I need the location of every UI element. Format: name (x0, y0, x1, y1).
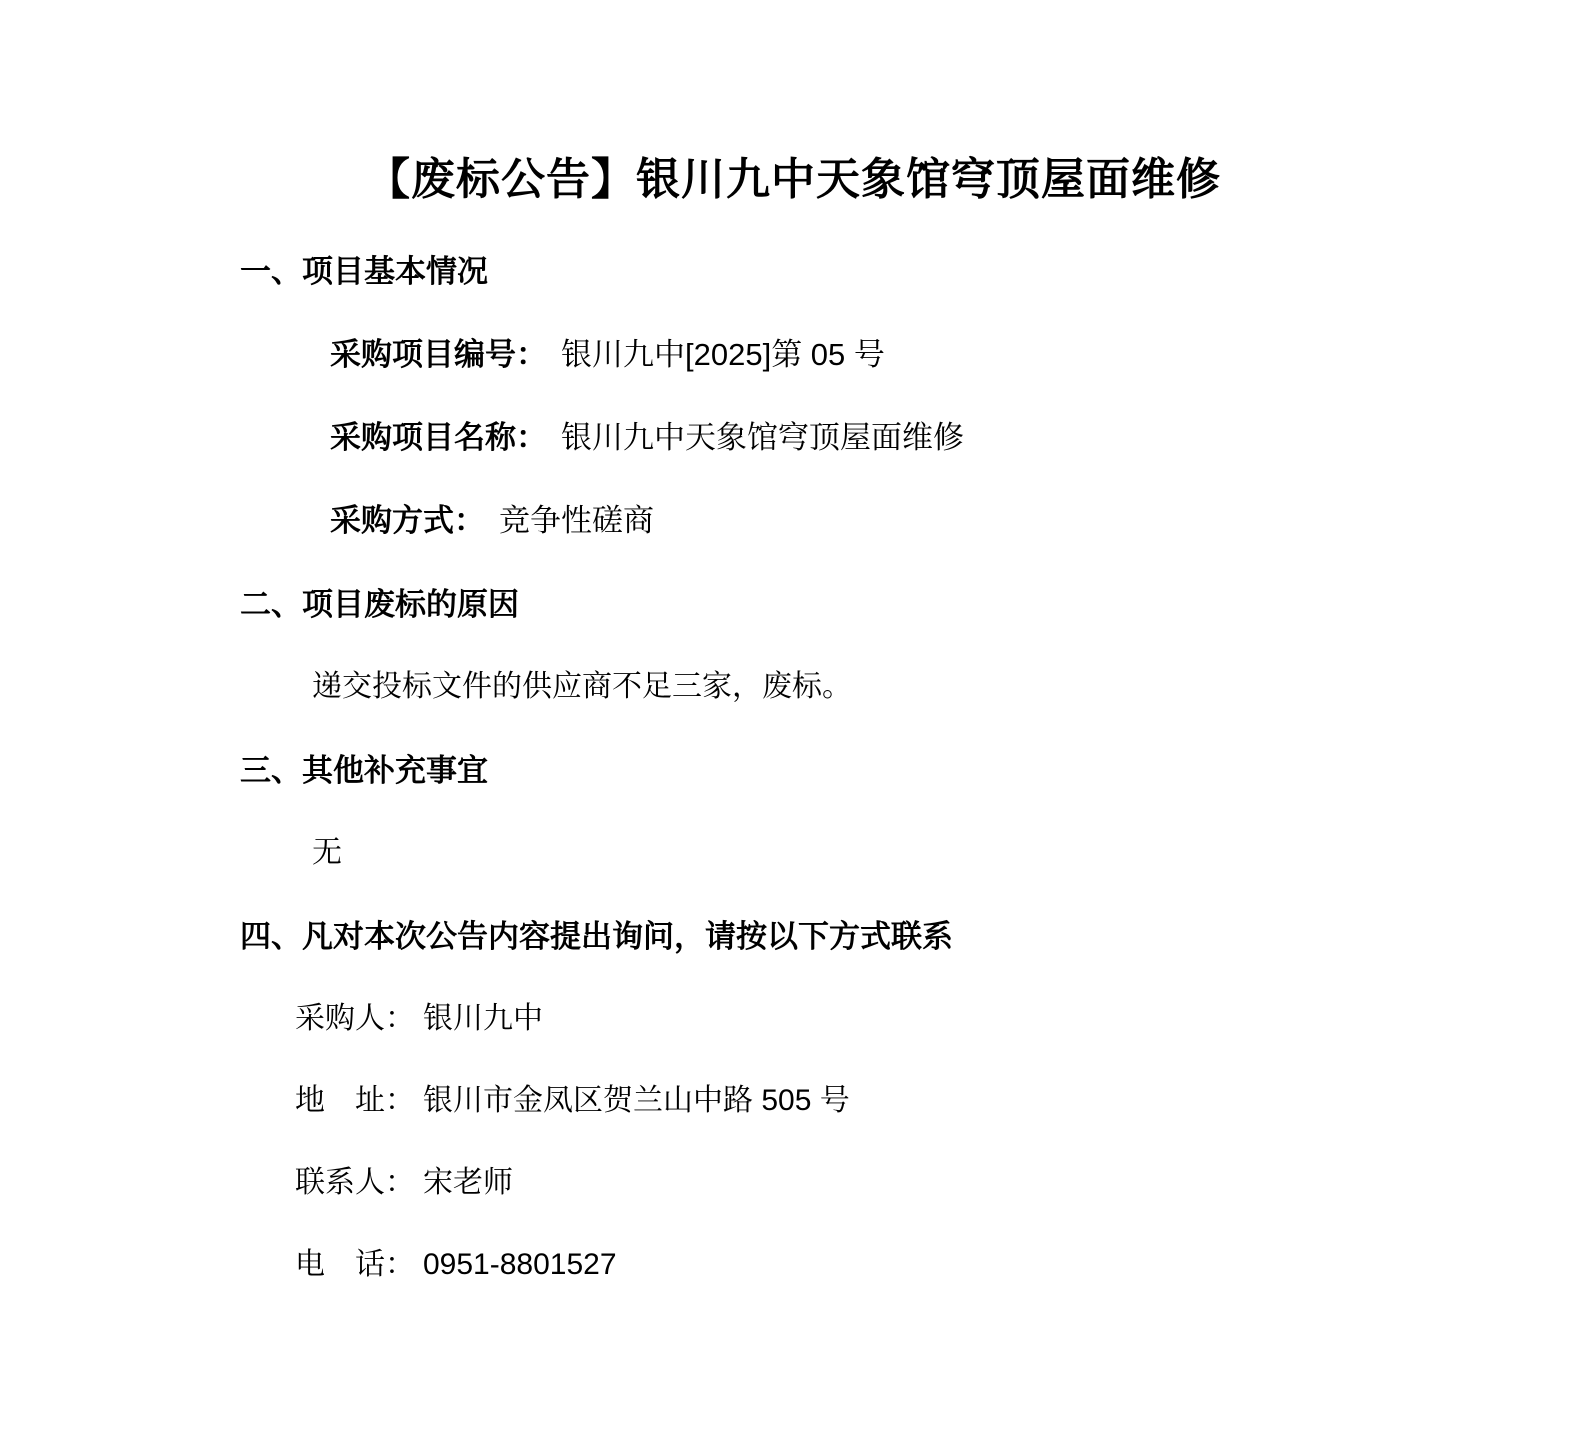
field-project-name: 采购项目名称：银川九中天象馆穹顶屋面维修 (330, 416, 1587, 460)
project-name-label: 采购项目名称： (330, 420, 547, 455)
contact-person-label: 联系人： (295, 1166, 415, 1199)
field-project-number: 采购项目编号：银川九中[2025]第 05 号 (330, 333, 1587, 377)
field-procurement-method: 采购方式：竞争性磋商 (330, 499, 1587, 543)
project-number-value: 银川九中[2025]第 05 号 (561, 337, 885, 372)
purchaser-value: 银川九中 (423, 1002, 543, 1035)
phone-label: 电 话： (295, 1248, 415, 1281)
section-heading-cancellation-reason: 二、项目废标的原因 (240, 583, 1587, 627)
section-heading-supplementary: 三、其他补充事宜 (240, 749, 1587, 793)
contact-person-value: 宋老师 (423, 1166, 513, 1199)
procurement-method-label: 采购方式： (330, 503, 485, 538)
section-heading-contact: 四、凡对本次公告内容提出询问，请按以下方式联系 (240, 915, 1587, 959)
contact-person: 联系人：宋老师 (295, 1161, 1587, 1205)
page-title: 【废标公告】银川九中天象馆穹顶屋面维修 (0, 150, 1587, 210)
document-page: 【废标公告】银川九中天象馆穹顶屋面维修 一、项目基本情况 采购项目编号：银川九中… (0, 0, 1587, 1442)
phone-value: 0951-8801527 (423, 1248, 617, 1281)
cancellation-reason-text: 递交投标文件的供应商不足三家，废标。 (312, 665, 1587, 709)
address-value: 银川市金凤区贺兰山中路 505 号 (423, 1084, 850, 1117)
procurement-method-value: 竞争性磋商 (499, 503, 654, 538)
section-heading-basic-info: 一、项目基本情况 (240, 250, 1587, 294)
announcement-document: 【废标公告】银川九中天象馆穹顶屋面维修 一、项目基本情况 采购项目编号：银川九中… (0, 0, 1587, 1287)
contact-address: 地 址：银川市金凤区贺兰山中路 505 号 (295, 1079, 1587, 1123)
project-name-value: 银川九中天象馆穹顶屋面维修 (561, 420, 964, 455)
purchaser-label: 采购人： (295, 1002, 415, 1035)
contact-phone: 电 话：0951-8801527 (295, 1243, 1587, 1287)
supplementary-text: 无 (312, 831, 1587, 875)
project-number-label: 采购项目编号： (330, 337, 547, 372)
contact-purchaser: 采购人：银川九中 (295, 997, 1587, 1041)
address-label: 地 址： (295, 1084, 415, 1117)
